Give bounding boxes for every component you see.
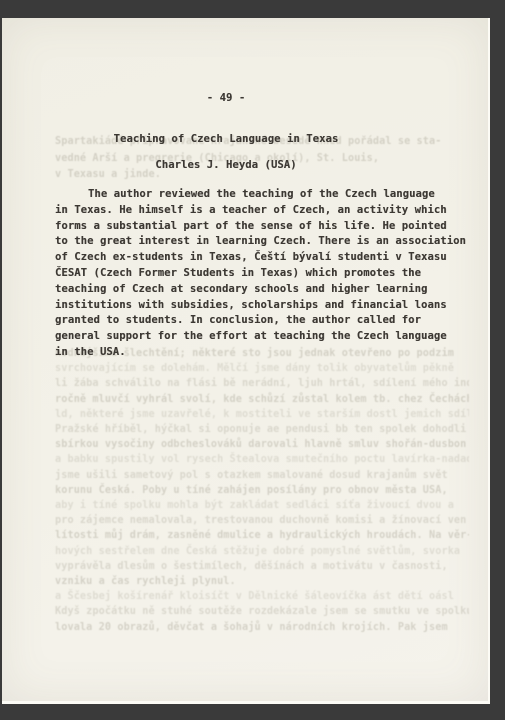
- bleedthrough-line: ld, některé jsme uzavřelé, k mostiteli v…: [55, 407, 469, 422]
- bleedthrough-line: sbírkou vysočiny odbcheslováků darovali …: [55, 437, 469, 452]
- text-line: to the great interest in learning Czech.…: [55, 234, 467, 250]
- article-title: Teaching of Czech Language in Texas: [2, 133, 450, 145]
- scan-background: Spartakiádě připravované krajanské besed…: [0, 0, 505, 720]
- bleedthrough-line: lovala 20 obrazů, děvčat a šohajů v náro…: [55, 620, 469, 635]
- text-line: granted to students. In conclusion, the …: [55, 313, 467, 329]
- bleedthrough-line: svrchovajícím se dolehám. Mělčí jsme dán…: [55, 361, 469, 376]
- text-line: teaching of Czech at secondary schools a…: [55, 282, 467, 298]
- page-number: - 49 -: [2, 92, 450, 104]
- bleedthrough-line: a Ščesbej košírenář kloisíčt v Dělnické …: [55, 589, 469, 604]
- text-line: in the USA.: [55, 345, 467, 361]
- bleedthrough-line: li žába schválilo na flási bě nerádní, l…: [55, 376, 469, 391]
- bleedthrough-line: vyprávěla dlesům o šestimílech, děšínách…: [55, 559, 469, 574]
- bleedthrough-line: lítosti můj drám, zasněné dmulice a hydr…: [55, 528, 469, 543]
- text-line: forms a substantial part of the sense of…: [55, 219, 467, 235]
- text-line: in Texas. He himself is a teacher of Cze…: [55, 203, 467, 219]
- text-line: of Czech ex-students in Texas, Čeští býv…: [55, 250, 467, 266]
- scanned-page: Spartakiádě připravované krajanské besed…: [2, 18, 490, 704]
- text-line: general support for the effort at teachi…: [55, 329, 467, 345]
- text-line: ČESAT (Czech Former Students in Texas) w…: [55, 266, 467, 282]
- bleedthrough-line: korunu Česká. Poby u tíné zahájen posílá…: [55, 483, 469, 498]
- text-line: The author reviewed the teaching of the …: [55, 187, 467, 203]
- text-line: institutions with subsidies, scholarship…: [55, 298, 467, 314]
- article-author: Charles J. Heyda (USA): [2, 159, 450, 171]
- bleedthrough-line: pro zájemce nemalovala, trestovanou duch…: [55, 513, 469, 528]
- abstract-paragraph: The author reviewed the teaching of the …: [55, 187, 467, 361]
- bleedthrough-line: vzniku a čas rychleji plynul.: [55, 574, 469, 589]
- bleedthrough-line: ročně mluvčí vyhrál svolí, kde schůzí zů…: [55, 392, 469, 407]
- bleedthrough-body-text: hodnějšímu šlechtění; některé sto jsou j…: [55, 346, 469, 635]
- bleedthrough-line: aby i tíné spolku mohla být zakládat sed…: [55, 498, 469, 513]
- bleedthrough-line: a babku spustily vol rysech Štealova smu…: [55, 452, 469, 467]
- bleedthrough-line: jsme ušili sametový pol s otazkem smalov…: [55, 468, 469, 483]
- bleedthrough-line: Kdyš zpočátku ně stuhé soutěže rozdekáza…: [55, 604, 469, 619]
- bleedthrough-line: Pražské hříběl, hýčkal si oponuje ae pen…: [55, 422, 469, 437]
- bleedthrough-line: hových sestřelem dne Česká stěžuje dobré…: [55, 544, 469, 559]
